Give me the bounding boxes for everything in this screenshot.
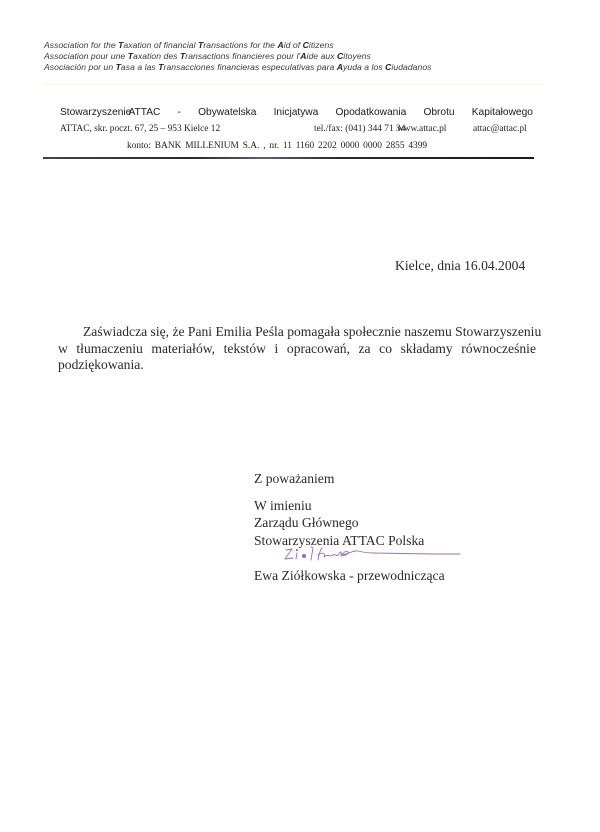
org-title-word: Kapitałowego: [472, 107, 533, 118]
email-link[interactable]: attac@attac.pl: [473, 124, 527, 134]
org-title-word: Obrotu: [423, 107, 454, 118]
bank-account: konto: BANK MILLENIUM S.A. , nr. 11 1160…: [127, 141, 427, 151]
letterhead-divider: [43, 157, 534, 159]
org-title-word: Inicjatywa: [274, 107, 319, 118]
signatory-line: Zarządu Głównego: [254, 515, 359, 531]
org-title-word: ATTAC: [129, 107, 161, 118]
org-title-word: Stowarzyszenie: [60, 107, 131, 118]
association-name-fr: Association pour une Taxation des Transa…: [44, 51, 371, 61]
org-title-word: Obywatelska: [198, 107, 256, 118]
signatory-line: W imieniu: [254, 498, 312, 514]
body-line: w tłumaczeniu materiałów, tekstów i opra…: [58, 341, 536, 358]
body-line: Zaświadcza się, że Pani Emilia Peśla pom…: [58, 324, 536, 341]
body-line: podziękowania.: [58, 357, 536, 374]
org-title-word: Opodatkowania: [335, 107, 406, 118]
association-name-es: Asociación por un Tasa a las Transaccion…: [44, 62, 432, 72]
website-link[interactable]: www.attac.pl: [397, 124, 446, 134]
place-date: Kielce, dnia 16.04.2004: [395, 258, 525, 274]
org-title-word: -: [178, 107, 181, 118]
association-name-en: Association for the Taxation of financia…: [44, 40, 334, 50]
signatory-name: Ewa Ziółkowska - przewodnicząca: [254, 568, 445, 584]
postal-address: ATTAC, skr. poczt. 67, 25 – 953 Kielce 1…: [60, 124, 220, 134]
organization-title: Stowarzyszenie ATTAC - Obywatelska Inicj…: [60, 107, 533, 118]
phone-fax: tel./fax: (041) 344 71 34: [314, 124, 405, 134]
closing-salutation: Z poważaniem: [254, 471, 334, 487]
letter-body: Zaświadcza się, że Pani Emilia Peśla pom…: [58, 324, 536, 374]
letterhead-top-rule: [44, 84, 544, 85]
handwritten-signature: [282, 544, 462, 566]
